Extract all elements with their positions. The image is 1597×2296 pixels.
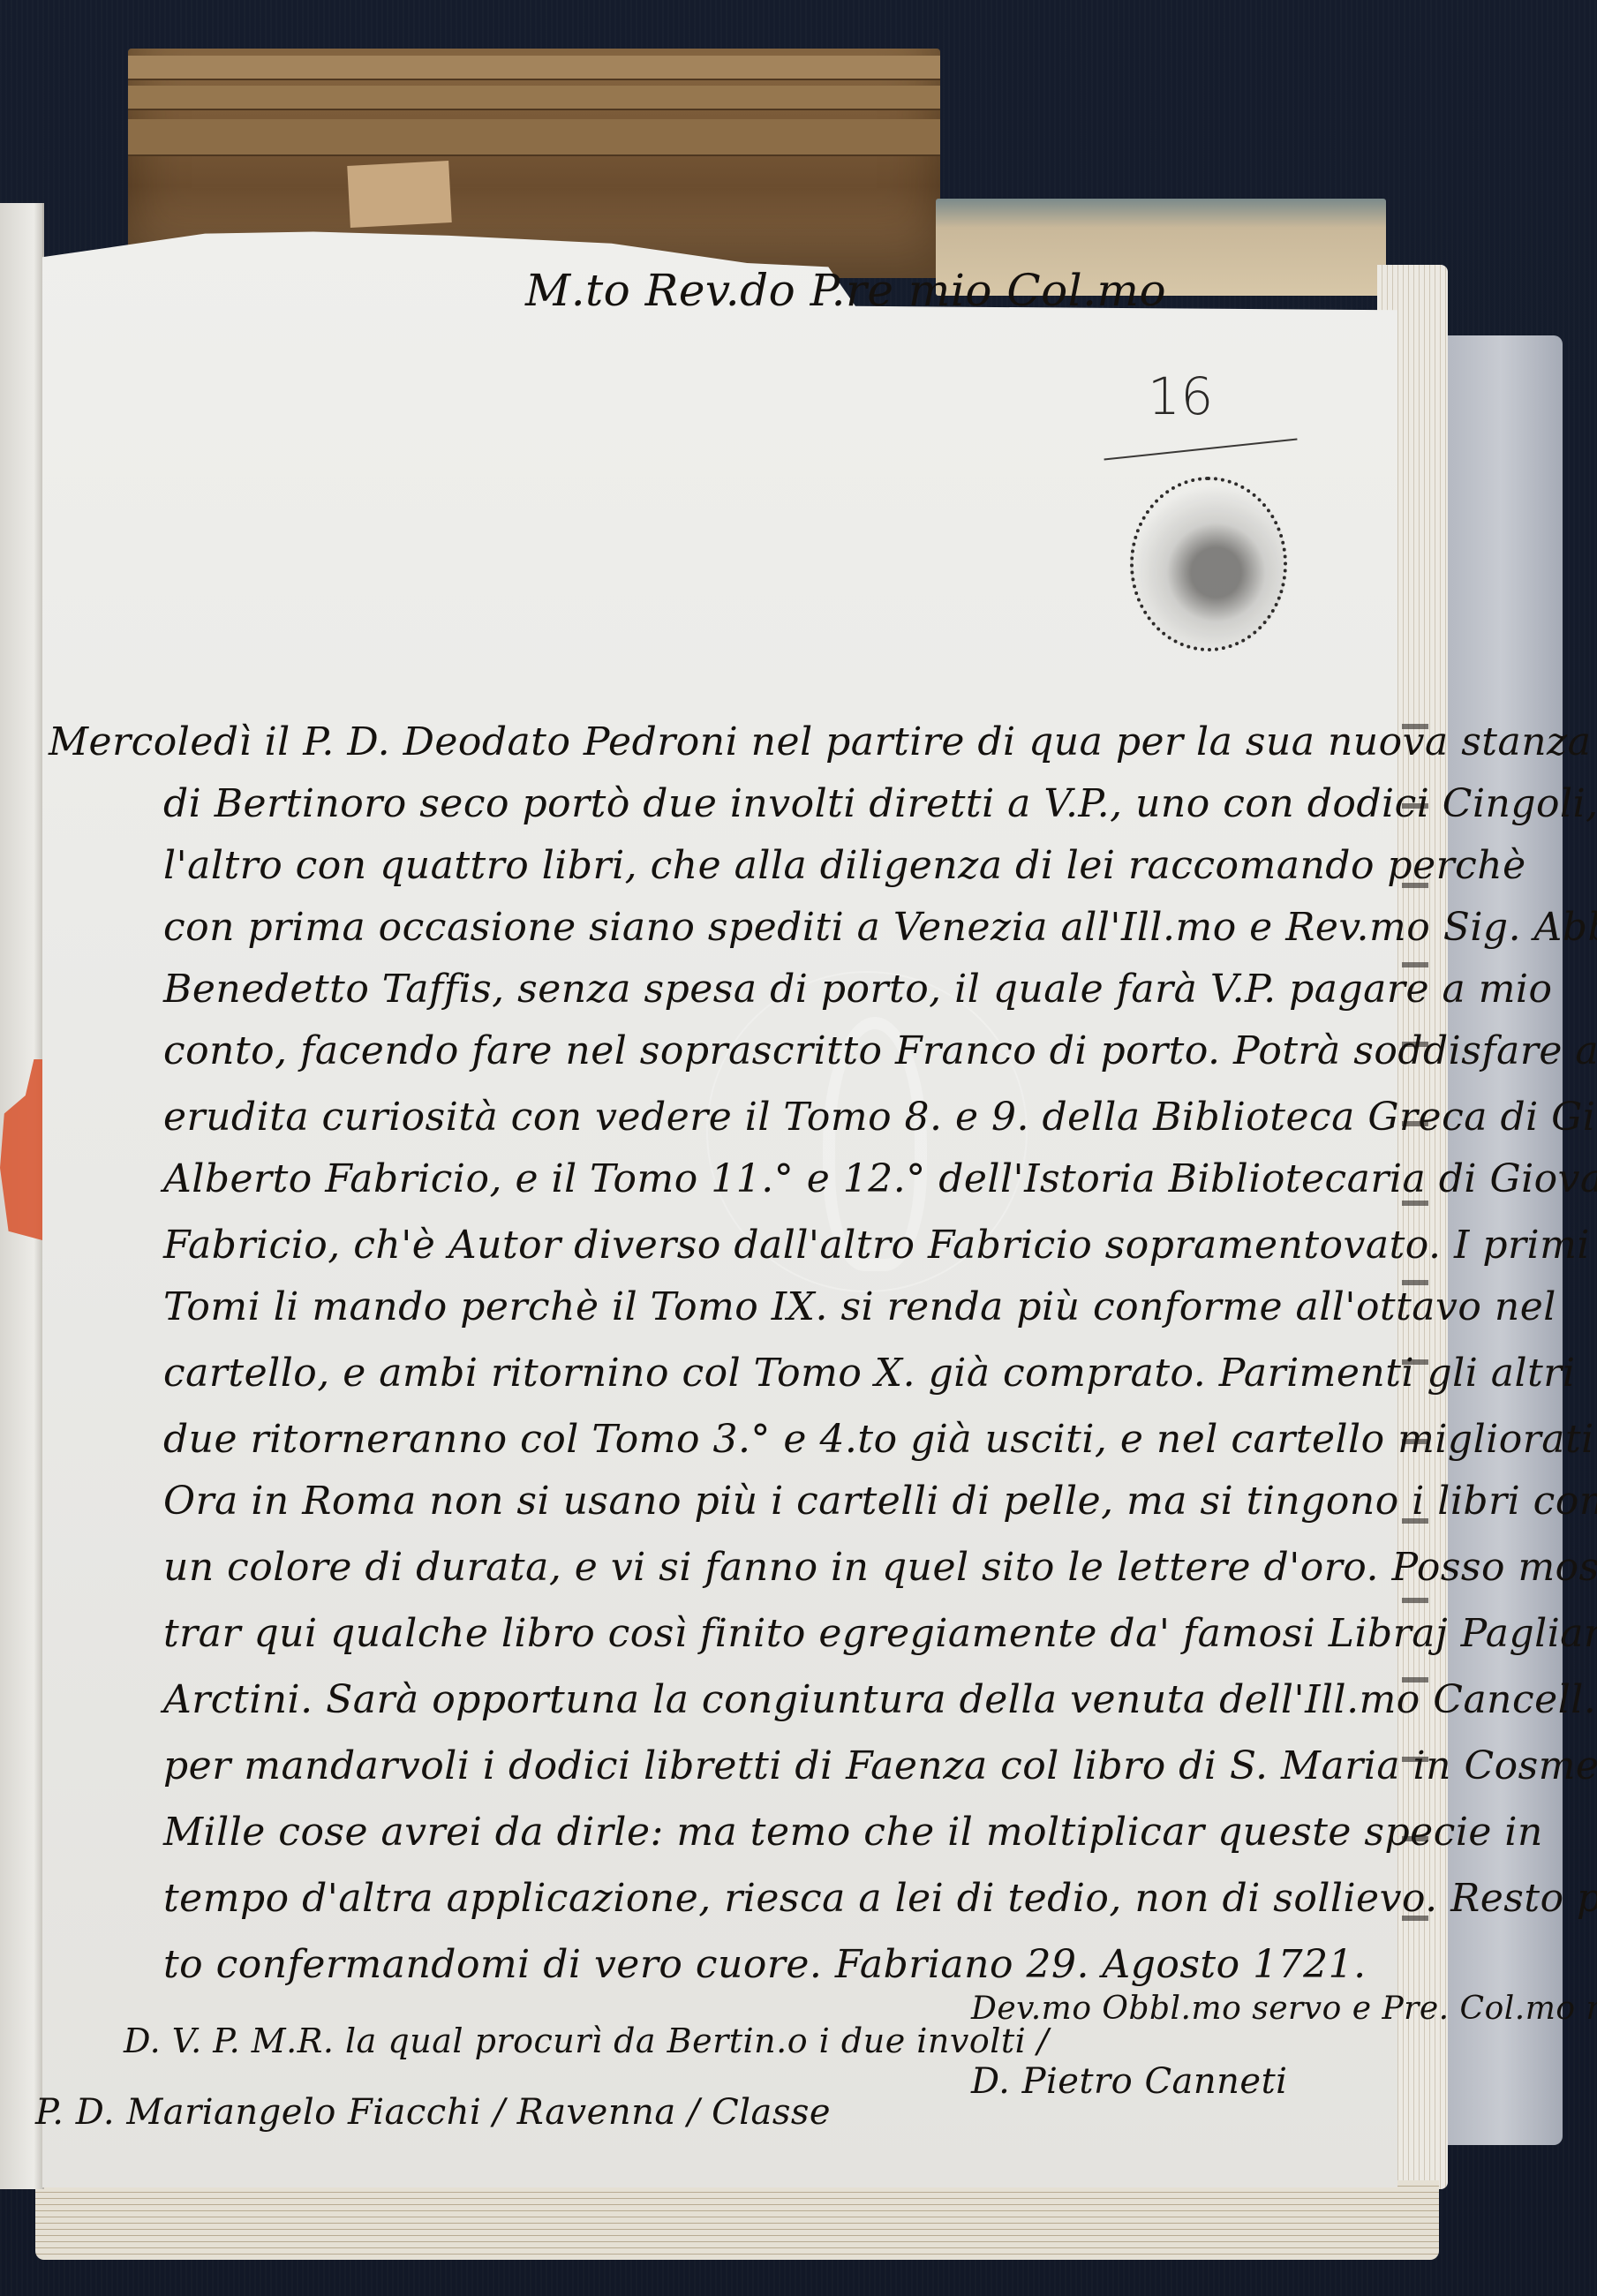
paper-tag bbox=[347, 161, 452, 228]
body-line: Tomi li mando perchè il Tomo IX. si rend… bbox=[163, 1284, 1556, 1329]
salutation: M.to Rev.do P.re mio Col.mo bbox=[525, 265, 1166, 316]
body-line: Fabricio, ch'è Autor diverso dall'altro … bbox=[163, 1223, 1597, 1268]
closing-formula: Dev.mo Obbl.mo servo e Pre. Col.mo nell.… bbox=[971, 1991, 1597, 2027]
body-line: Mille cose avrei da dirle: ma temo che i… bbox=[163, 1810, 1543, 1855]
folio-number: 16 bbox=[1148, 366, 1214, 426]
body-line: tempo d'altra applicazione, riesca a lei… bbox=[163, 1876, 1597, 1921]
folded-flap bbox=[128, 56, 940, 80]
body-line: due ritorneranno col Tomo 3.° e 4.to già… bbox=[163, 1417, 1597, 1462]
body-line: con prima occasione siano spediti a Vene… bbox=[163, 905, 1597, 950]
body-line: erudita curiosità con vedere il Tomo 8. … bbox=[163, 1095, 1597, 1140]
body-line: l'altro con quattro libri, che alla dili… bbox=[163, 843, 1526, 888]
body-line: Mercoledì il P. D. Deodato Pedroni nel p… bbox=[49, 719, 1591, 764]
postscript: D. V. P. M.R. la qual procurì da Bertin.… bbox=[124, 2021, 1049, 2060]
body-line: di Bertinoro seco portò due involti dire… bbox=[163, 781, 1597, 826]
address-line: P. D. Mariangelo Fiacchi / Ravenna / Cla… bbox=[35, 2092, 831, 2133]
signature: D. Pietro Canneti bbox=[971, 2061, 1287, 2102]
bottom-page-edges bbox=[35, 2180, 1439, 2260]
body-line: per mandarvoli i dodici libretti di Faen… bbox=[163, 1743, 1597, 1788]
body-line: Arctini. Sarà opportuna la congiuntura d… bbox=[163, 1677, 1597, 1722]
folded-flap bbox=[128, 119, 940, 156]
archive-stamp-icon bbox=[1130, 477, 1287, 651]
body-line: trar qui qualche libro così finito egreg… bbox=[163, 1611, 1597, 1656]
body-line: to confermandomi di vero cuore. Fabriano… bbox=[163, 1942, 1367, 1987]
body-line: conto, facendo fare nel soprascritto Fra… bbox=[163, 1028, 1597, 1073]
body-line: Benedetto Taffis, senza spesa di porto, … bbox=[163, 967, 1552, 1012]
body-line: Ora in Roma non si usano più i cartelli … bbox=[163, 1479, 1597, 1524]
body-line: Alberto Fabricio, e il Tomo 11.° e 12.° … bbox=[163, 1156, 1597, 1201]
body-line: cartello, e ambi ritornino col Tomo X. g… bbox=[163, 1351, 1575, 1396]
body-line: un colore di durata, e vi si fanno in qu… bbox=[163, 1545, 1597, 1590]
folded-flap bbox=[128, 86, 940, 110]
